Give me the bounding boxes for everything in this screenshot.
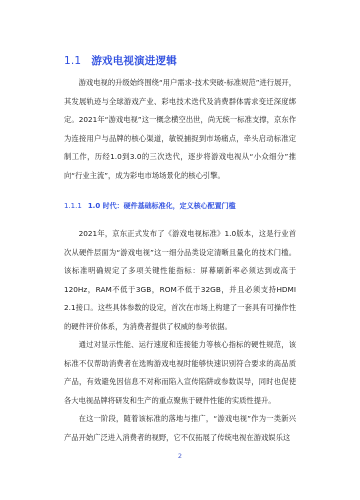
section-number: 1.1	[64, 55, 81, 67]
body-paragraph: 通过对显示性能、运行速度和连接能力等核心指标的硬性规范，该标准不仅帮助消费者在选…	[64, 336, 296, 410]
subsection-body: 2021年，京东正式发布了《游戏电视标准》1.0版本，这是行业首次从硬件层面为“…	[64, 225, 296, 447]
subsection-title: 1.0 时代：硬件基础标准化，定义核心配置门槛	[88, 202, 236, 210]
body-paragraph: 在这一阶段，随着该标准的落地与推广，“游戏电视”作为一类新兴产品开始广泛进入消费…	[64, 410, 296, 447]
section-title: 游戏电视演进逻辑	[91, 55, 177, 67]
subsection-heading: 1.1.11.0 时代：硬件基础标准化，定义核心配置门槛	[64, 201, 236, 211]
body-paragraph: 2021年，京东正式发布了《游戏电视标准》1.0版本，这是行业首次从硬件层面为“…	[64, 225, 296, 336]
page-number: 2	[0, 452, 360, 460]
intro-paragraph: 游戏电视的升级始终围绕“用户需求-技术突破-标准规范”进行展开，其发展轨迹与全球…	[64, 74, 296, 185]
section-heading: 1.1游戏电视演进逻辑	[64, 53, 177, 68]
section-intro: 游戏电视的升级始终围绕“用户需求-技术突破-标准规范”进行展开，其发展轨迹与全球…	[64, 74, 296, 185]
document-page: 1.1游戏电视演进逻辑 游戏电视的升级始终围绕“用户需求-技术突破-标准规范”进…	[0, 0, 360, 500]
subsection-number: 1.1.1	[64, 202, 82, 210]
